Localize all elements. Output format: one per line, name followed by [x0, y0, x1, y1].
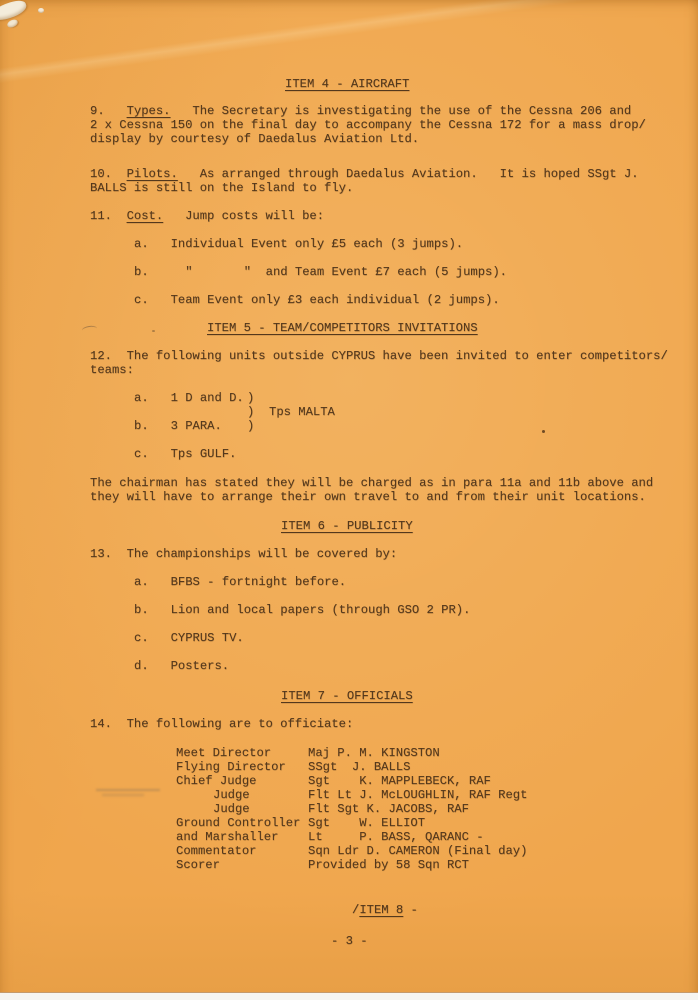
para-10-line-2: BALLS is still on the Island to fly. [90, 181, 353, 195]
heading-item-5: ITEM 5 - TEAM/COMPETITORS INVITATIONS [207, 321, 478, 335]
scanner-background-edge [0, 992, 698, 1000]
officials-row-judge-2: Judge [213, 802, 250, 816]
list-item-11b: b. " " and Team Event £7 each (5 jumps). [134, 265, 507, 279]
heading-item-4: ITEM 4 - AIRCRAFT [285, 77, 409, 91]
para-12-note-line-1: The chairman has stated they will be cha… [90, 476, 653, 490]
list-item-11a: a. Individual Event only £5 each (3 jump… [134, 237, 463, 251]
para-14: 14. The following are to officiate: [90, 717, 353, 731]
list-item-12b: ) [247, 419, 254, 433]
page-number: - 3 - [331, 934, 368, 948]
ink-speck [152, 330, 155, 332]
officials-row-meet-director: Meet Director [176, 746, 271, 760]
list-item-13c: c. CYPRUS TV. [134, 631, 244, 645]
list-item-12c: c. Tps GULF. [134, 447, 236, 461]
para-10-line-1: 10. Pilots. As arranged through Daedalus… [90, 167, 639, 181]
list-item-12b: b. 3 PARA. [134, 419, 222, 433]
officials-row-chief-judge: Sgt K. MAPPLEBECK, RAF [308, 774, 491, 788]
list-item-13b: b. Lion and local papers (through GSO 2 … [134, 603, 470, 617]
pencil-mark [82, 325, 98, 334]
para-12-note-line-2: they will have to arrange their own trav… [90, 490, 646, 504]
list-item-13a: a. BFBS - fortnight before. [134, 575, 346, 589]
para-13: 13. The championships will be covered by… [90, 547, 397, 561]
officials-row-flying-director: SSgt J. BALLS [308, 760, 410, 774]
officials-row-chief-judge: Chief Judge [176, 774, 256, 788]
scanned-memo-page: ITEM 4 - AIRCRAFT9. Types. The Secretary… [0, 0, 698, 1000]
para-9-line-3: display by courtesy of Daedalus Aviation… [90, 132, 419, 146]
pencil-smudge [102, 794, 144, 796]
officials-row-commentator: Commentator [176, 844, 256, 858]
officials-row-ground-controller: Ground Controller [176, 816, 300, 830]
officials-row-commentator: Sqn Ldr D. CAMERON (Final day) [308, 844, 527, 858]
para-9-line-1: 9. Types. The Secretary is investigating… [90, 104, 631, 118]
officials-row-judge-1: Flt Lt J. McLOUGHLIN, RAF Regt [308, 788, 527, 802]
continuation-catchword: /ITEM 8 - [352, 903, 418, 917]
officials-row-ground-controller: Sgt W. ELLIOT [308, 816, 425, 830]
torn-paper-staple-mark [6, 18, 19, 29]
torn-paper-speck [38, 8, 44, 13]
pencil-smudge [96, 789, 160, 791]
list-item-13d: d. Posters. [134, 659, 229, 673]
officials-row-scorer: Provided by 58 Sqn RCT [308, 858, 469, 872]
list-item-12a: ) [247, 391, 254, 405]
list-item-11c: c. Team Event only £3 each individual (2… [134, 293, 500, 307]
officials-row-marshaller: Lt P. BASS, QARANC - [308, 830, 484, 844]
officials-row-scorer: Scorer [176, 858, 220, 872]
list-item-12a: a. 1 D and D. [134, 391, 244, 405]
heading-item-7: ITEM 7 - OFFICIALS [281, 689, 413, 703]
para-12-line-2: teams: [90, 363, 134, 377]
brace-label-tps-malta: ) [247, 405, 254, 419]
ink-speck [542, 430, 545, 433]
officials-row-flying-director: Flying Director [176, 760, 286, 774]
para-12-line-1: 12. The following units outside CYPRUS h… [90, 349, 668, 363]
para-11: 11. Cost. Jump costs will be: [90, 209, 324, 223]
officials-row-meet-director: Maj P. M. KINGSTON [308, 746, 440, 760]
heading-item-6: ITEM 6 - PUBLICITY [281, 519, 413, 533]
officials-row-marshaller: and Marshaller [176, 830, 278, 844]
officials-row-judge-1: Judge [213, 788, 250, 802]
brace-label-tps-malta: Tps MALTA [269, 405, 335, 419]
para-9-line-2: 2 x Cessna 150 on the final day to accom… [90, 118, 646, 132]
officials-row-judge-2: Flt Sgt K. JACOBS, RAF [308, 802, 469, 816]
